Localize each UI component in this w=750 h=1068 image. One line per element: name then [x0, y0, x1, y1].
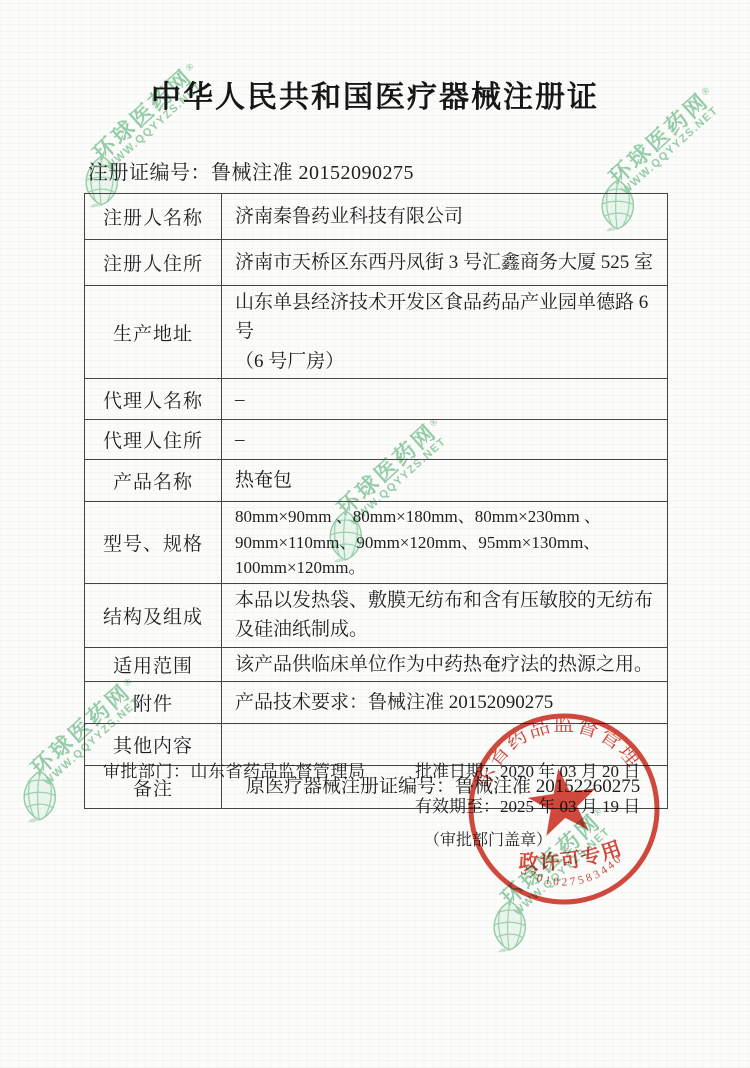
certificate-number: 注册证编号：鲁械注准 20152090275	[88, 156, 414, 185]
table-row: 代理人住所 –	[85, 420, 668, 460]
row-label: 型号、规格	[85, 502, 222, 584]
row-value: 山东单县经济技术开发区食品药品产业园单德路 6 号 （6 号厂房）	[222, 286, 668, 379]
table-row: 结构及组成 本品以发热袋、敷膜无纺布和含有压敏胶的无纺布及硅油纸制成。	[85, 583, 668, 647]
row-value: 济南秦鲁药业科技有限公司	[222, 194, 668, 240]
table-row: 注册人名称 济南秦鲁药业科技有限公司	[85, 194, 668, 240]
table-row: 注册人住所 济南市天桥区东西丹凤街 3 号汇鑫商务大厦 525 室	[85, 240, 668, 286]
table-row: 适用范围 该产品供临床单位作为中药热奄疗法的热源之用。	[85, 647, 668, 681]
row-label: 生产地址	[85, 286, 222, 379]
row-value: –	[222, 420, 668, 460]
watermark-site-name: 环球医药网®	[497, 803, 613, 911]
row-value: 该产品供临床单位作为中药热奄疗法的热源之用。	[222, 647, 668, 681]
seal-note: （审批部门盖章）	[424, 827, 552, 850]
row-label: 适用范围	[85, 647, 222, 681]
row-label: 注册人住所	[85, 240, 222, 286]
valid-until-date: 有效期至：2025 年 03 月 19 日	[415, 792, 640, 817]
svg-text:3701027583440: 3701027583440	[517, 851, 628, 896]
row-value: 80mm×90mm 、80mm×180mm、80mm×230mm 、90mm×1…	[222, 502, 668, 584]
table-row: 代理人名称 –	[85, 379, 668, 420]
table-row: 附件 产品技术要求：鲁械注准 20152090275	[85, 682, 668, 724]
globe-leaf-icon	[490, 899, 530, 953]
globe-leaf-icon	[20, 769, 60, 823]
table-row: 生产地址 山东单县经济技术开发区食品药品产业园单德路 6 号 （6 号厂房）	[85, 286, 668, 379]
row-value: 热奄包	[222, 460, 668, 502]
row-label: 产品名称	[85, 460, 222, 502]
approval-date: 批准日期：2020 年 03 月 20 日	[415, 757, 640, 782]
table-row: 产品名称 热奄包	[85, 460, 668, 502]
row-label: 附件	[85, 682, 222, 724]
row-label: 代理人名称	[85, 379, 222, 420]
row-value: –	[222, 379, 668, 420]
row-value: 本品以发热袋、敷膜无纺布和含有压敏胶的无纺布及硅油纸制成。	[222, 583, 668, 647]
certificate-table: 注册人名称 济南秦鲁药业科技有限公司 注册人住所 济南市天桥区东西丹凤街 3 号…	[84, 193, 668, 809]
table-row: 型号、规格 80mm×90mm 、80mm×180mm、80mm×230mm 、…	[85, 502, 668, 584]
row-label: 结构及组成	[85, 583, 222, 647]
row-value: 济南市天桥区东西丹凤街 3 号汇鑫商务大厦 525 室	[222, 240, 668, 286]
row-label: 代理人住所	[85, 420, 222, 460]
site-watermark: 环球医药网® WWW.QQYYZS.NET	[490, 803, 680, 953]
row-value: 产品技术要求：鲁械注准 20152090275	[222, 682, 668, 724]
row-label: 注册人名称	[85, 194, 222, 240]
approval-department: 审批部门：山东省药品监督管理局	[103, 757, 366, 782]
seal-number-text: 3701027583440	[517, 851, 628, 896]
page-title: 中华人民共和国医疗器械注册证	[0, 72, 750, 116]
